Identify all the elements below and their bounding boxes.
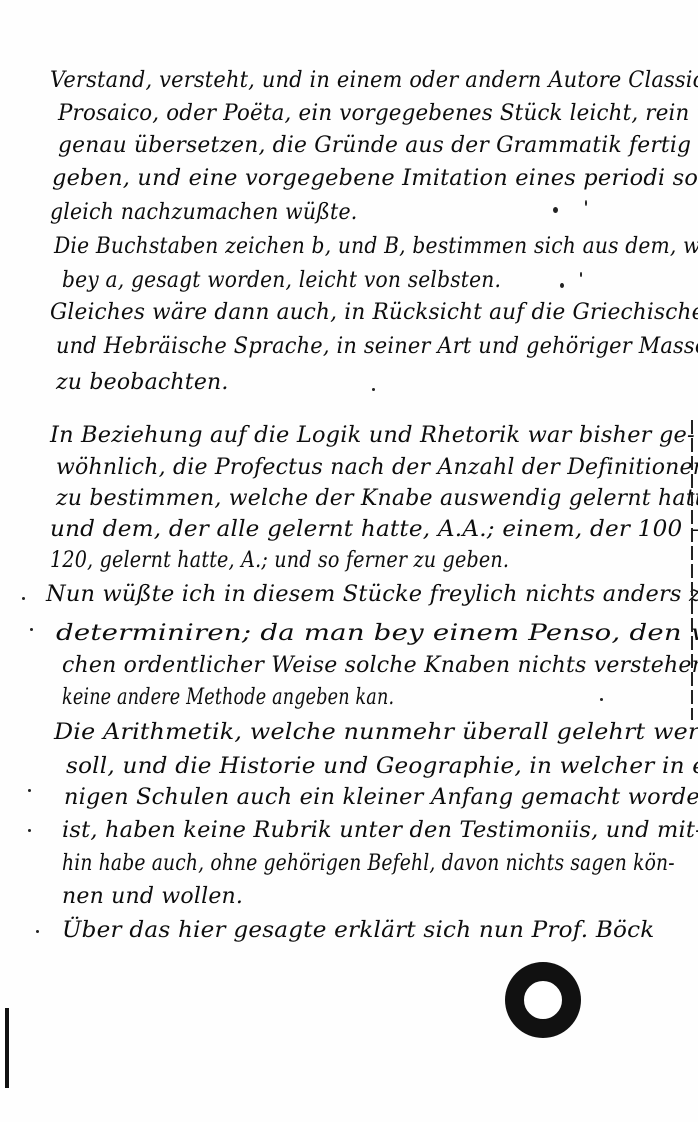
ink-speck [22,597,25,600]
ink-speck [585,200,587,206]
manuscript-line-2: Prosaico, oder Poëta, ein vorgegebenes S… [58,103,698,125]
manuscript-line-22: nigen Schulen auch ein kleiner Anfang ge… [64,787,698,809]
manuscript-line-13: zu bestimmen, welche der Knabe auswendig… [56,488,698,510]
stamp-inner-ring [522,979,564,1021]
manuscript-line-4: geben, und eine vorgegebene Imitation ei… [52,168,698,190]
archive-stamp [505,962,581,1038]
manuscript-line-26: Über das hier gesagte erklärt sich nun P… [62,920,654,942]
manuscript-line-11: In Beziehung auf die Logik und Rhetorik … [50,425,695,447]
right-edge-mark [691,420,693,720]
ink-speck [372,388,375,391]
manuscript-line-7: bey a, gesagt worden, leicht von selbste… [62,270,501,292]
manuscript-line-25: nen und wollen. [62,886,243,908]
manuscript-line-5: gleich nachzumachen wüßte. [50,202,357,224]
manuscript-line-6: Die Buchstaben zeichen b, und B, bestimm… [54,236,698,258]
ink-speck [28,789,31,792]
ink-speck [580,272,582,277]
manuscript-line-21: soll, und die Historie und Geographie, i… [66,756,698,778]
ink-speck [600,698,603,701]
ink-speck [28,829,31,832]
manuscript-line-17: determiniren; da man bey einem Penso, de… [56,623,698,645]
manuscript-page: Verstand, versteht, und in einem oder an… [0,0,698,1122]
manuscript-line-23: ist, haben keine Rubrik unter den Testim… [62,820,698,842]
manuscript-line-19: keine andere Methode angeben kan. [62,687,394,709]
manuscript-line-24: hin habe auch, ohne gehörigen Befehl, da… [62,853,675,875]
manuscript-line-12: wöhnlich, die Profectus nach der Anzahl … [56,457,698,479]
manuscript-line-14: und dem, der alle gelernt hatte, A.A.; e… [50,519,698,541]
ink-speck [30,628,33,631]
manuscript-line-15: 120, gelernt hatte, A.; und so ferner zu… [50,550,509,572]
manuscript-line-3: genau übersetzen, die Gründe aus der Gra… [58,135,698,157]
ink-speck [553,207,558,213]
ink-speck [560,283,564,288]
ink-speck [36,930,39,933]
manuscript-line-10: zu beobachten. [56,372,229,394]
manuscript-line-8: Gleiches wäre dann auch, in Rücksicht au… [50,302,698,324]
manuscript-line-20: Die Arithmetik, welche nunmehr überall g… [54,722,698,744]
left-edge-mark [5,1008,9,1088]
manuscript-line-18: chen ordentlicher Weise solche Knaben ni… [62,655,698,677]
manuscript-line-9: und Hebräische Sprache, in seiner Art un… [56,336,698,358]
manuscript-line-1: Verstand, versteht, und in einem oder an… [50,70,698,92]
manuscript-line-16: Nun wüßte ich in diesem Stücke freylich … [46,584,698,606]
